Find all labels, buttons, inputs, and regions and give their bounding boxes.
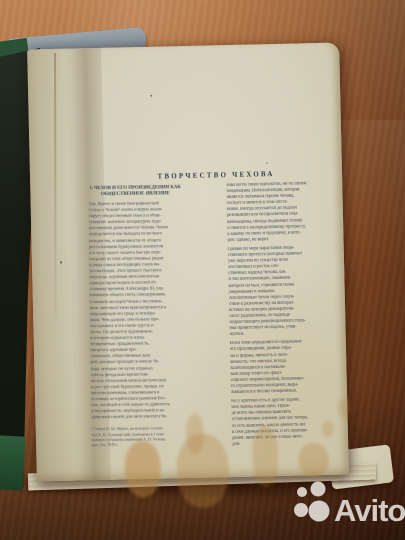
section-heading-line2: ОБЩЕСТВЕННОЕ ЯВЛЕНИЕ [88,191,182,198]
right-text-column: хова ни по своей идеологии, ни по своимт… [226,181,332,448]
text-line: привлекательной для интеллигента Че- [91,414,185,421]
water-stain [337,398,350,417]
water-stain [298,443,329,478]
green-cover-edge-bottom [0,435,25,490]
water-stain [124,441,161,498]
avito-watermark: Avito [292,479,405,536]
page-speck [150,95,152,97]
printed-text-area: ТВОРЧЕСТВО ЧЕХОВА I. ЧЕХОВ И ЕГО ПРОИЗВЕ… [27,43,349,482]
water-stain [322,421,334,437]
page-speck [266,162,268,164]
photo-of-open-book: ТВОРЧЕСТВО ЧЕХОВА I. ЧЕХОВ И ЕГО ПРОИЗВЕ… [0,0,405,540]
water-stain [252,426,279,487]
open-book-page: ТВОРЧЕСТВО ЧЕХОВА I. ЧЕХОВ И ЕГО ПРОИЗВЕ… [27,43,349,482]
section-heading: I. ЧЕХОВ И ЕГО ПРОИЗВЕДЕНИЯ КАК ОБЩЕСТВЕ… [88,185,182,198]
page-speck [60,261,62,264]
avito-logo-icon: Avito [292,479,405,531]
water-stain [185,414,204,454]
avito-brand-text: Avito [334,493,405,528]
left-text-column: I. ЧЕХОВ И ЕГО ПРОИЗВЕДЕНИЯ КАК ОБЩЕСТВЕ… [88,185,185,448]
right-column-body: хова ни по своей идеологии, ни по своимт… [226,181,332,448]
left-column-body: Тов. Фриче в своей биографическойстатье … [88,201,185,422]
page-title: ТВОРЧЕСТВО ЧЕХОВА [91,169,341,183]
